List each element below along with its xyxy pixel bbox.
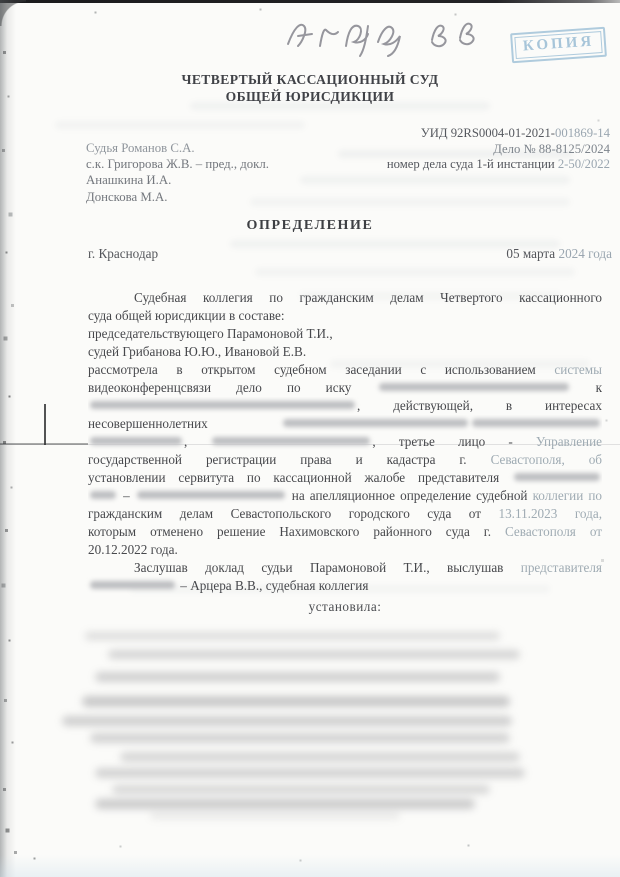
body-text-segment: , действующей, в интересах — [357, 398, 602, 413]
first-instance-number: номер дела суда 1-й инстанции 2-50/2022 — [387, 157, 610, 173]
body-text-segment: Заслушав доклад судьи Парамоновой Т.И., … — [134, 560, 521, 575]
date: 05 марта 2024 года — [506, 246, 612, 262]
redacted-line — [95, 768, 525, 778]
scan-edge-left — [0, 0, 16, 877]
case-uid: УИД 92RS0004-01-2021-001869-14 — [387, 126, 610, 142]
place-date-row: г. Краснодар 05 марта 2024 года — [88, 246, 612, 262]
body-line: – на апелляционное определение судебной … — [88, 487, 602, 505]
document-body: Судебная коллегия по гражданским делам Ч… — [88, 289, 602, 595]
body-text-segment-faded: Управление — [536, 434, 602, 449]
redaction-blur — [472, 419, 600, 427]
body-text-segment: , — [184, 434, 210, 449]
court-name-line1: ЧЕТВЕРТЫЙ КАССАЦИОННЫЙ СУД — [0, 72, 620, 89]
body-text-segment: 20.12.2022 года. — [88, 542, 178, 557]
body-text-segment: к — [571, 380, 603, 395]
bleedthrough-line — [55, 121, 305, 129]
judges-block: Судья Романов С.А.с.к. Григорова Ж.В. – … — [86, 140, 269, 205]
judge-line: Донскова М.А. — [86, 189, 269, 205]
body-text-segment: суда общей юрисдикции в составе: — [88, 308, 285, 323]
redaction-blur — [379, 383, 569, 391]
redaction-blur — [90, 581, 175, 589]
redacted-line — [85, 632, 500, 640]
body-text-segment: на апелляционное определение судебной — [287, 488, 533, 503]
body-line: которым отменено решение Нахимовского ра… — [88, 523, 602, 541]
redaction-blur — [137, 491, 285, 499]
body-text-segment: гражданским делам Севастопольского город… — [88, 506, 498, 521]
body-text-segment: судей Грибанова Ю.Ю., Ивановой Е.В. — [88, 344, 306, 359]
body-line: Судебная коллегия по гражданским делам Ч… — [88, 289, 602, 307]
court-name: ЧЕТВЕРТЫЙ КАССАЦИОННЫЙ СУД ОБЩЕЙ ЮРИСДИК… — [0, 72, 620, 105]
redacted-line — [120, 752, 520, 762]
body-line: видеоконференцсвязи дело по иску к — [88, 379, 602, 397]
body-text-segment-faded: Севастополя, об — [491, 452, 602, 467]
body-text-segment-faded: системы — [554, 362, 602, 377]
body-line: , , третье лицо - Управление — [88, 433, 602, 451]
body-text-segment: – — [118, 488, 135, 503]
bleedthrough-line — [300, 176, 570, 184]
body-text-segment-faded: представителя — [521, 560, 602, 575]
body-text-segment: Судебная коллегия по гражданским делам Ч… — [134, 290, 602, 305]
body-text-segment-faded: коллегии по — [533, 488, 602, 503]
case-number: Дело № 88-8125/2024 — [387, 142, 610, 158]
body-text-segment: , третье лицо - — [372, 434, 535, 449]
redaction-blur — [212, 437, 370, 445]
redacted-line — [90, 733, 510, 743]
body-line: Заслушав доклад судьи Парамоновой Т.И., … — [88, 559, 602, 577]
redacted-line — [95, 672, 500, 682]
body-text-segment: – Арцера В.В., судебная коллегия — [177, 578, 368, 593]
place: г. Краснодар — [88, 246, 158, 262]
body-text-segment: несовершеннолетних — [88, 416, 281, 431]
body-text-segment: видеоконференцсвязи дело по иску — [88, 380, 377, 395]
body-text-segment: которым отменено решение Нахимовского ра… — [88, 524, 505, 539]
body-line: рассмотрела в открытом судебном заседани… — [88, 361, 602, 379]
redaction-blur — [514, 473, 600, 481]
redacted-line — [108, 650, 520, 659]
redaction-blur — [90, 491, 116, 499]
redacted-line — [150, 812, 400, 819]
body-line: установлении сервитута по кассационной ж… — [88, 469, 602, 487]
judge-line: с.к. Григорова Ж.В. – пред., докл. — [86, 156, 269, 172]
judge-line: Судья Романов С.А. — [86, 140, 269, 156]
bleedthrough-line — [255, 268, 575, 276]
body-line: гражданским делам Севастопольского город… — [88, 505, 602, 523]
redaction-blur — [90, 401, 355, 409]
body-text-segment-faded: Севастополя от — [505, 524, 602, 539]
body-line: – Арцера В.В., судебная коллегия — [88, 577, 602, 595]
redaction-blur — [90, 437, 182, 445]
redaction-blur — [283, 419, 468, 427]
copy-stamp-label: КОПИЯ — [514, 31, 603, 59]
staple-mark — [44, 404, 46, 445]
scan-corner — [0, 0, 26, 26]
body-text-segment: рассмотрела в открытом судебном заседани… — [88, 362, 554, 377]
case-info-block: УИД 92RS0004-01-2021-001869-14 Дело № 88… — [387, 126, 610, 173]
resolution-heading: установила: — [88, 599, 602, 615]
scan-edge-top — [0, 0, 620, 3]
redacted-line — [95, 799, 475, 809]
body-text-segment: установлении сервитута по кассационной ж… — [88, 470, 512, 485]
document-title: ОПРЕДЕЛЕНИЕ — [0, 218, 620, 234]
body-line: , действующей, в интересах — [88, 397, 602, 415]
court-name-line2: ОБЩЕЙ ЮРИСДИКЦИИ — [0, 89, 620, 106]
bleedthrough-line — [250, 198, 570, 206]
body-line: несовершеннолетних — [88, 415, 602, 433]
scan-tint-bottom — [0, 855, 620, 877]
redacted-line — [62, 716, 512, 726]
copy-stamp: КОПИЯ — [510, 27, 607, 64]
handwritten-note — [282, 6, 492, 58]
scanned-court-document: КОПИЯ ЧЕТВЕРТЫЙ КАССАЦИОННЫЙ СУД ОБЩЕЙ Ю… — [0, 0, 620, 877]
redacted-line — [82, 696, 510, 707]
body-line: суда общей юрисдикции в составе: — [88, 307, 602, 325]
body-text-segment: государственной регистрации права и када… — [88, 452, 491, 467]
judge-line: Анашкина И.А. — [86, 172, 269, 188]
body-line: 20.12.2022 года. — [88, 541, 602, 559]
body-line: председательствующего Парамоновой Т.И., — [88, 325, 602, 343]
body-line: судей Грибанова Ю.Ю., Ивановой Е.В. — [88, 343, 602, 361]
body-text-segment-faded: 13.11.2023 года, — [498, 506, 602, 521]
body-line: государственной регистрации права и када… — [88, 451, 602, 469]
body-text-segment: председательствующего Парамоновой Т.И., — [88, 326, 333, 341]
redacted-line — [112, 785, 490, 794]
